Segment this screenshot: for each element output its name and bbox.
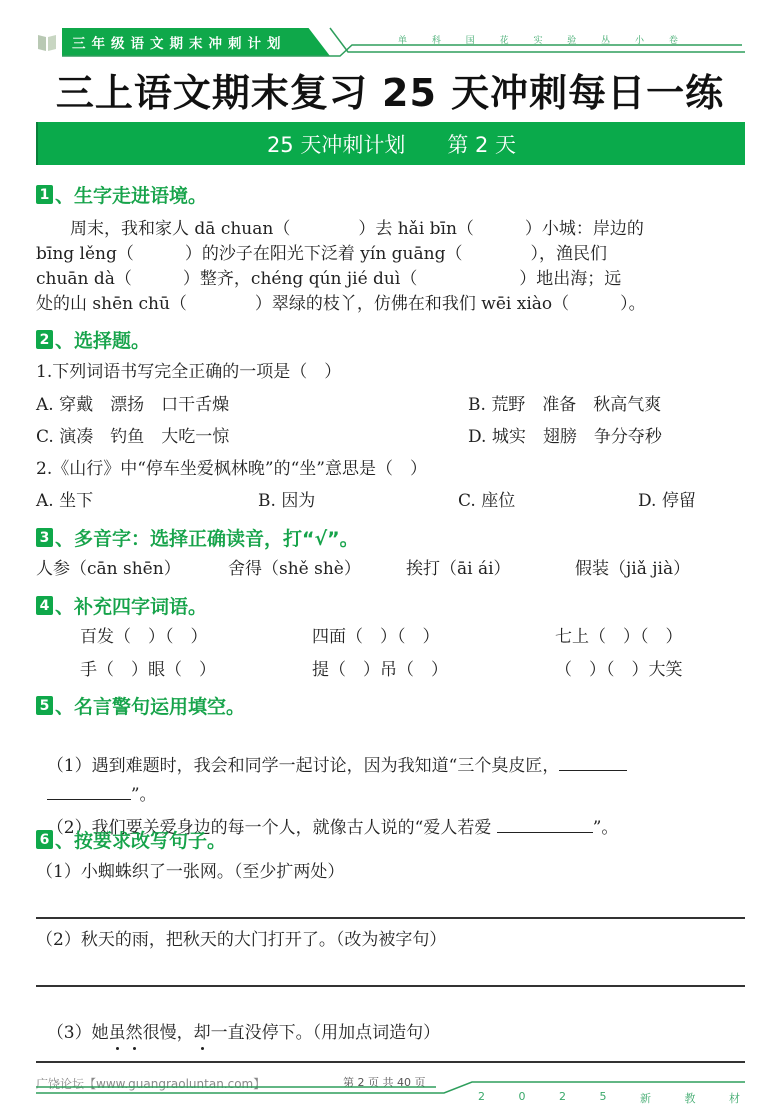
rewrite-question-1: （1）小蜘蛛织了一张网。（至少扩两处） (36, 860, 344, 884)
question-stem: 2.《山行》中“停车坐爱枫林晚”的“坐”意思是（ ） (36, 457, 427, 481)
paragraph-line: 处的山 shēn chū（ ）翠绿的枝丫，仿佛在和我们 wēi xiào（ ）。 (36, 292, 646, 316)
idiom-item: 七上（ ）（ ） (555, 625, 683, 649)
polyphone-item: 挨打（āi ái） (406, 557, 511, 581)
tagline-char: 2 (559, 1090, 566, 1105)
answer-line[interactable] (36, 1061, 745, 1063)
option-label: D. (638, 491, 656, 511)
section-number-badge: 5 (36, 696, 53, 715)
option-label: C. (458, 491, 476, 511)
tagline-char: 验 (567, 33, 576, 46)
section-title: 、按要求改写句子。 (55, 826, 226, 853)
option-text: 演凑 钓鱼 大吃一惊 (59, 427, 229, 447)
section-title: 、选择题。 (55, 326, 150, 353)
option-d: D. 城实 翅膀 争分夺秒 (468, 425, 662, 449)
dotted-char: 却 (194, 1021, 211, 1045)
option-text: 停留 (662, 491, 696, 511)
section-number-badge: 6 (36, 830, 53, 849)
polyphone-item: 人参（cān shēn） (36, 557, 181, 581)
banner-plan: 25 天冲刺计划 (267, 129, 405, 159)
section-title: 、生字走进语境。 (55, 181, 207, 208)
option-label: B. (468, 395, 486, 415)
option-d: D. 停留 (638, 489, 696, 513)
option-c: C. 座位 (458, 489, 515, 513)
option-label: A. (36, 491, 54, 511)
section-title: 、名言警句运用填空。 (55, 692, 245, 719)
footer-tagline: 2 0 2 5 新 教 材 (478, 1090, 740, 1105)
section-5-heading: 5 、名言警句运用填空。 (36, 692, 245, 719)
option-label: B. (258, 491, 276, 511)
tagline-char: 材 (729, 1090, 740, 1105)
polyphone-item: 舍得（shě shè） (228, 557, 361, 581)
idiom-item: 四面（ ）（ ） (312, 625, 440, 649)
option-text: 坐下 (59, 491, 93, 511)
option-label: A. (36, 395, 54, 415)
option-b: B. 因为 (258, 489, 315, 513)
paragraph-line: bīng lěng（ ）的沙子在阳光下泛着 yín guāng（ ），渔民们 (36, 242, 607, 266)
paragraph-line: 周末，我和家人 dā chuan（ ）去 hǎi bīn（ ）小城：岸边的 (36, 217, 644, 241)
tagline-char: 国 (466, 33, 475, 46)
tagline-char: 5 (600, 1090, 607, 1105)
section-3-heading: 3 、多音字：选择正确读音，打“√”。 (36, 524, 359, 551)
section-title: 、补充四字词语。 (55, 592, 207, 619)
section-1-heading: 1 、生字走进语境。 (36, 181, 207, 208)
option-a: A. 坐下 (36, 489, 93, 513)
polyphone-item: 假装（jiǎ jià） (575, 557, 690, 581)
answer-line[interactable] (36, 917, 745, 919)
tagline-char: 2 (478, 1090, 485, 1105)
idiom-item: 提（ ）吊（ ） (312, 658, 448, 682)
section-number-badge: 4 (36, 596, 53, 615)
rewrite-question-3: （3）她虽然很慢，却一直没停下。（用加点词造句） (36, 997, 440, 1045)
option-text: 座位 (481, 491, 515, 511)
question-text: 一直没停下。（用加点词造句） (211, 1023, 441, 1043)
section-number-badge: 2 (36, 330, 53, 349)
header-rule (0, 0, 780, 62)
tagline-char: 教 (685, 1090, 696, 1105)
banner-day: 第 2 天 (447, 129, 516, 159)
section-number-badge: 3 (36, 528, 53, 547)
option-label: D. (468, 427, 486, 447)
option-c: C. 演凑 钓鱼 大吃一惊 (36, 425, 229, 449)
tagline-char: 小 (635, 33, 644, 46)
option-a: A. 穿戴 漂扬 口干舌燥 (36, 393, 229, 417)
day-banner: 25 天冲刺计划 第 2 天 (36, 122, 745, 165)
answer-line[interactable] (36, 985, 745, 987)
section-number-badge: 1 (36, 185, 53, 204)
tagline-char: 科 (432, 33, 441, 46)
section-2-heading: 2 、选择题。 (36, 326, 150, 353)
header-tagline: 单 科 国 花 实 验 丛 小 卷 (398, 33, 678, 46)
idiom-item: 百发（ ）（ ） (80, 625, 208, 649)
option-text: 穿戴 漂扬 口干舌燥 (59, 395, 229, 415)
dotted-char: 虽 (109, 1021, 126, 1045)
tagline-char: 0 (519, 1090, 526, 1105)
fill-blank[interactable] (497, 815, 593, 833)
idiom-item: （ ）（ ）大笑 (555, 658, 683, 682)
tagline-char: 实 (533, 33, 542, 46)
option-text: 城实 翅膀 争分夺秒 (492, 427, 662, 447)
section-6-heading: 6 、按要求改写句子。 (36, 826, 226, 853)
tagline-char: 新 (640, 1090, 651, 1105)
option-text: 因为 (281, 491, 315, 511)
option-b: B. 荒野 准备 秋高气爽 (468, 393, 661, 417)
question-stem: 1.下列词语书写完全正确的一项是（ ） (36, 360, 341, 384)
option-label: C. (36, 427, 54, 447)
dotted-char: 然 (126, 1021, 143, 1045)
option-text: 荒野 准备 秋高气爽 (491, 395, 661, 415)
tagline-char: 丛 (601, 33, 610, 46)
question-text: （3）她 (47, 1023, 109, 1043)
section-4-heading: 4 、补充四字词语。 (36, 592, 207, 619)
page-header: 三年级语文期末冲刺计划 单 科 国 花 实 验 丛 小 卷 (0, 0, 780, 62)
question-text: 很慢， (143, 1023, 194, 1043)
idiom-item: 手（ ）眼（ ） (80, 658, 216, 682)
page-title: 三上语文期末复习 25 天冲刺每日一练 (0, 62, 780, 117)
question-text: ”。 (593, 818, 619, 838)
fill-blank[interactable] (559, 753, 627, 771)
tagline-char: 卷 (669, 33, 678, 46)
paragraph-line: chuān dà（ ）整齐，chéng qún jié duì（ ）地出海；远 (36, 267, 621, 291)
rewrite-question-2: （2）秋天的雨，把秋天的大门打开了。（改为被字句） (36, 928, 446, 952)
tagline-char: 花 (500, 33, 509, 46)
section-title: 、多音字：选择正确读音，打“√”。 (55, 524, 359, 551)
tagline-char: 单 (398, 33, 407, 46)
